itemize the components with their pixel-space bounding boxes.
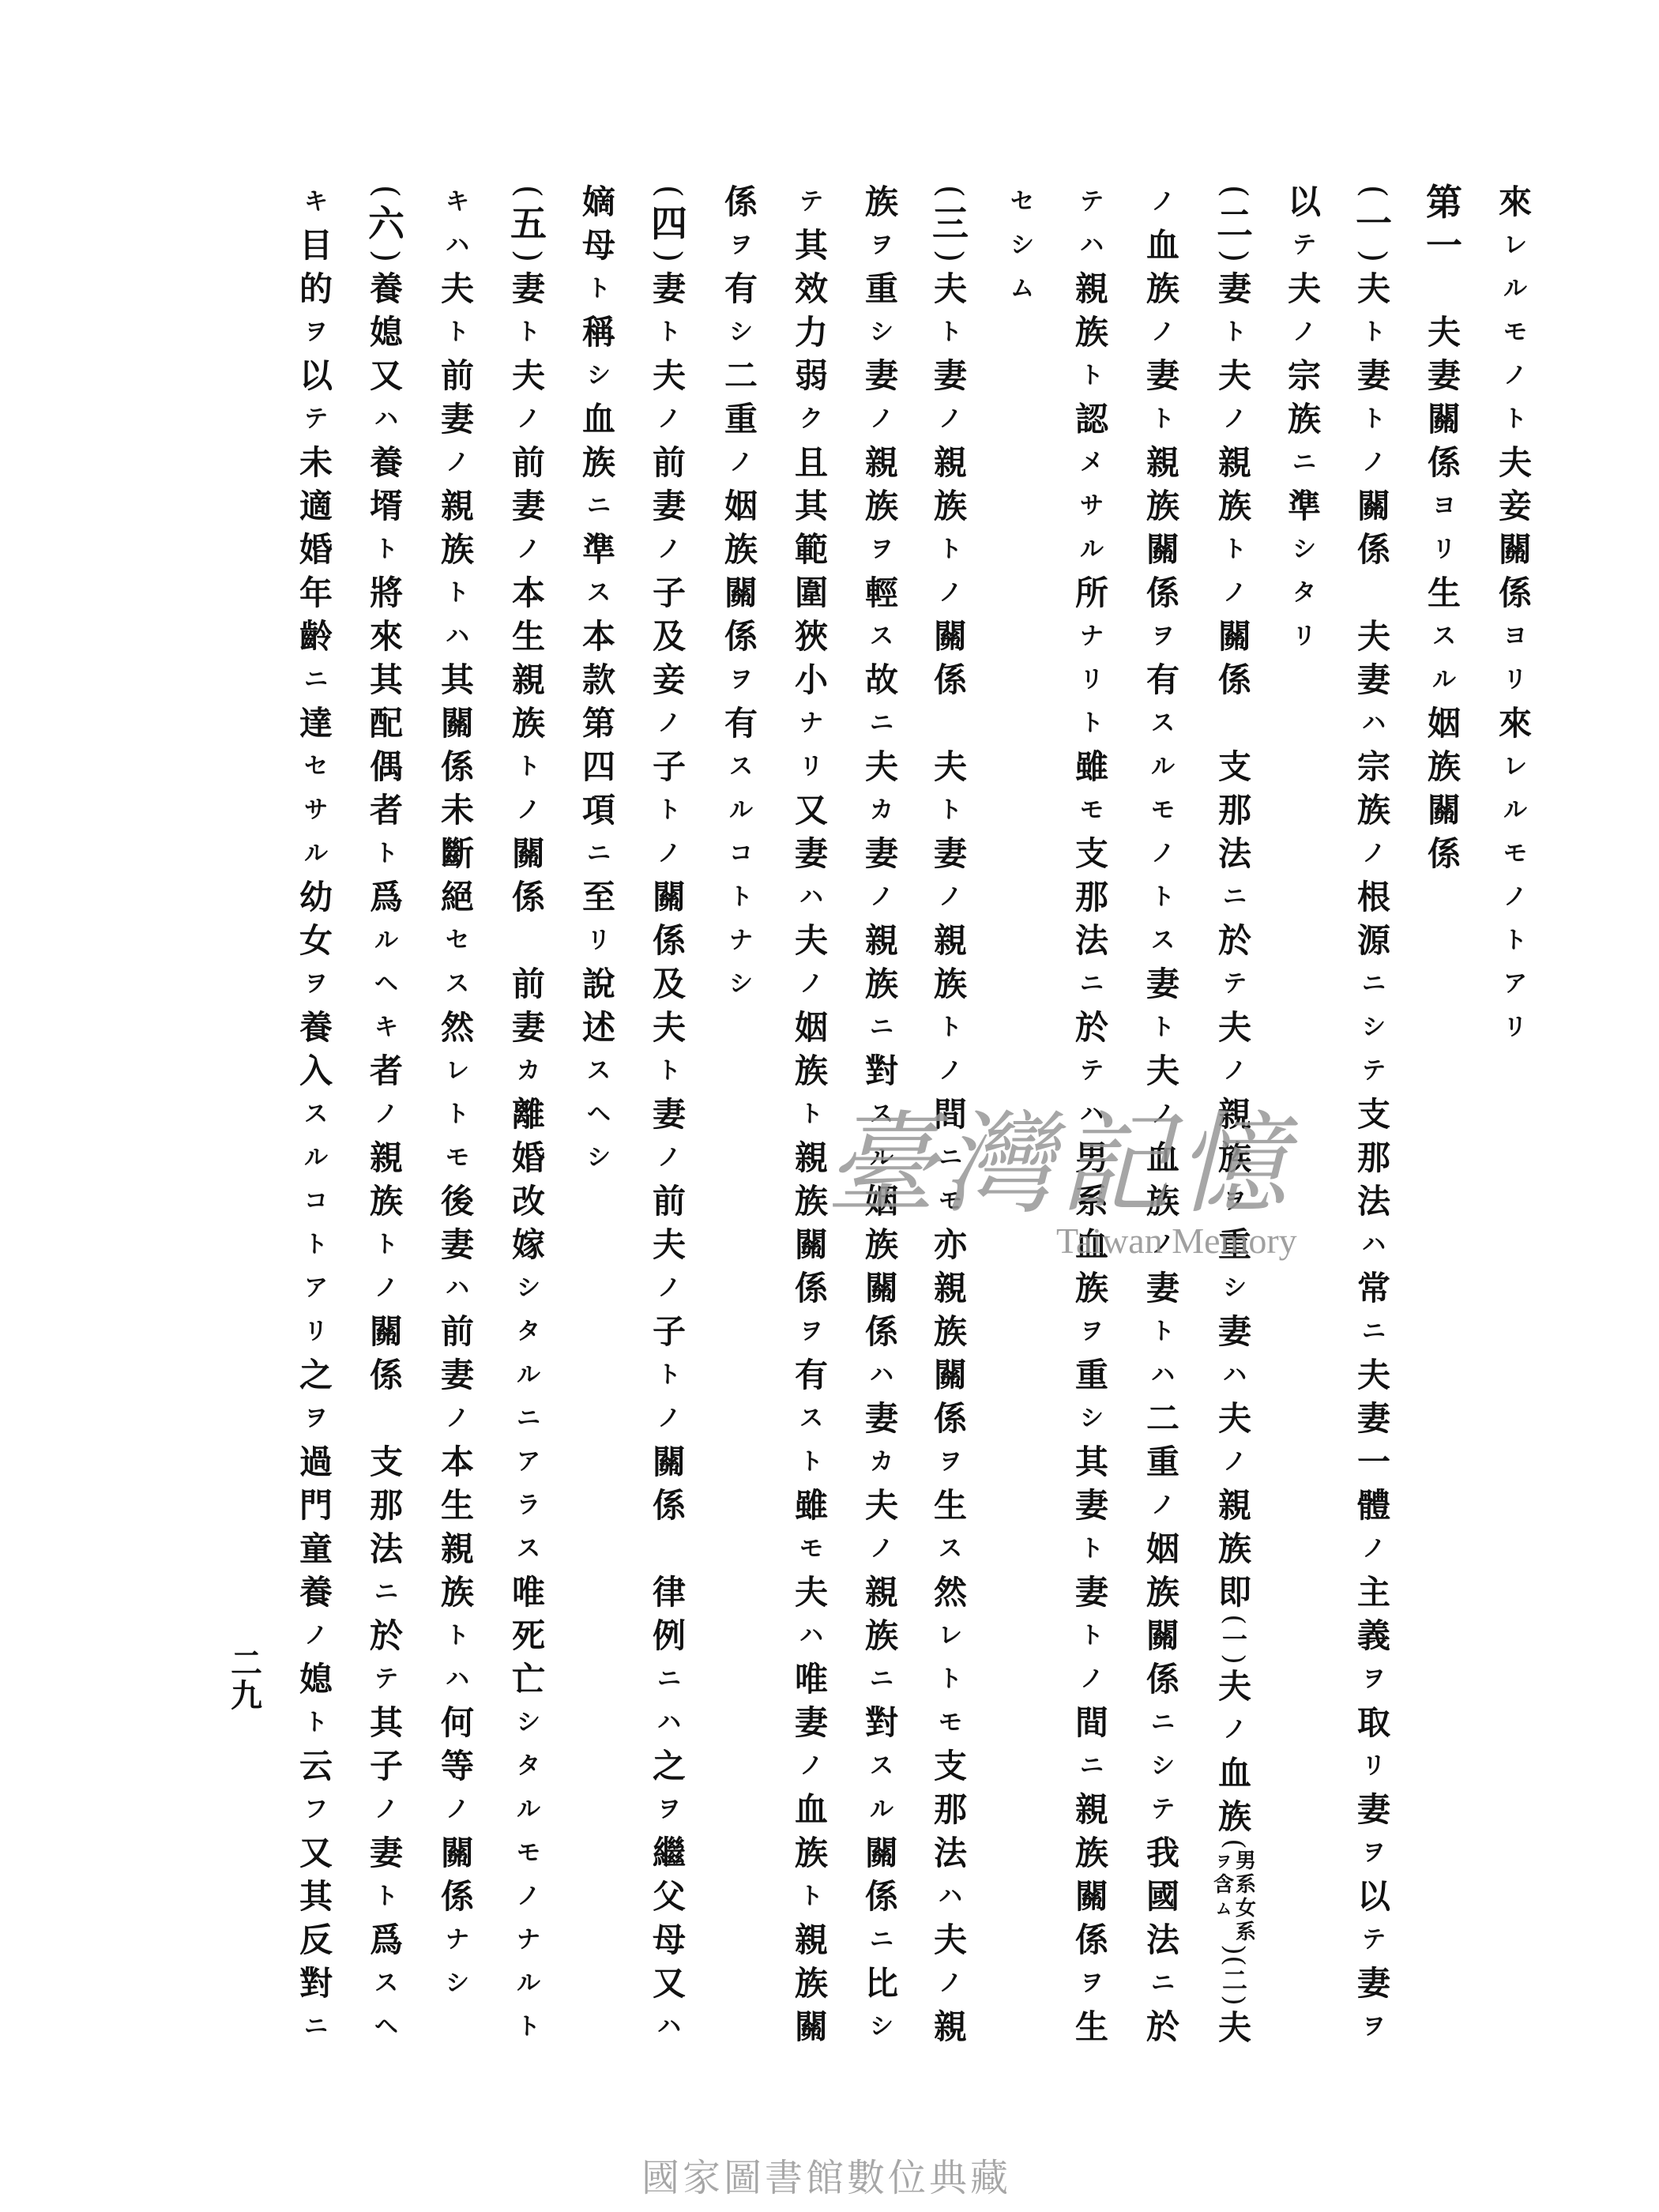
glyph: ト (505, 2005, 552, 2048)
glyph: 來 (1492, 180, 1539, 224)
body-text: 以テ夫ノ宗族ニ準シタリ (1281, 180, 1328, 658)
glyph: 的 (292, 267, 340, 310)
glyph: 妻 (505, 484, 552, 528)
glyph: 係 (1420, 832, 1468, 875)
glyph: ( (645, 180, 693, 202)
glyph: メ (1068, 441, 1115, 484)
glyph: 我 (1139, 1831, 1187, 1875)
glyph: 養 (292, 1571, 340, 1614)
glyph: テ (363, 1657, 410, 1701)
glyph: ニ (1281, 441, 1328, 484)
glyph: 姻 (788, 1006, 835, 1049)
glyph: 故 (858, 658, 905, 702)
glyph: 斷 (434, 832, 481, 875)
glyph: ノ (1139, 180, 1187, 224)
glyph: 親 (505, 658, 552, 702)
glyph: 之 (645, 1744, 693, 1788)
glyph: リ (1350, 1744, 1398, 1788)
glyph: 對 (858, 1701, 905, 1744)
glyph: 法 (1068, 919, 1115, 962)
glyph: 係 (1211, 658, 1258, 702)
body-text: 係ヲ有シ二重ノ姻族關係ヲ有スルコトナシ (717, 180, 765, 1006)
glyph: リ (1068, 658, 1115, 702)
body-text: 夫ノ血族 (1211, 1665, 1258, 1838)
inline-reference: (一) (1211, 1614, 1258, 1665)
glyph: 妻 (1350, 658, 1398, 702)
glyph: ノ (1350, 1527, 1398, 1571)
glyph: 間 (927, 1093, 974, 1136)
inline-reference: (二) (1211, 1955, 1258, 2006)
glyph: ル (363, 919, 410, 962)
glyph: ル (717, 788, 765, 832)
glyph: リ (575, 919, 623, 962)
glyph: ヲ (1350, 1831, 1398, 1875)
glyph: 妻 (927, 354, 974, 397)
glyph: 係 (434, 745, 481, 788)
glyph: ヲ (927, 1440, 974, 1484)
glyph: シ (858, 2005, 905, 2048)
body-text: 族ヲ重シ妻ノ親族ヲ輕ス故ニ夫カ妻ノ親族ニ對スル姻族關係ハ妻カ夫ノ親族ニ對スル關係… (858, 180, 905, 2048)
glyph: ト (645, 1049, 693, 1093)
glyph: 本 (505, 571, 552, 615)
section-label: (一) (1350, 180, 1398, 267)
glyph: ) (1211, 1995, 1258, 2006)
glyph: 夫 (505, 354, 552, 397)
section-label: (五) (505, 180, 552, 267)
glyph: 妻 (1139, 962, 1187, 1006)
glyph: 係 (858, 1310, 905, 1353)
glyph: テ (292, 397, 340, 441)
glyph: 媳 (292, 1657, 340, 1701)
glyph: ) (505, 246, 552, 268)
glyph: ハ (434, 224, 481, 267)
glyph: 關 (505, 832, 552, 875)
glyph: リ (292, 1310, 340, 1353)
glyph: 夫 (927, 1918, 974, 1962)
glyph: ト (1211, 310, 1258, 354)
glyph: ト (292, 1701, 340, 1744)
glyph: 本 (575, 615, 623, 658)
glyph: シ (575, 354, 623, 397)
glyph: モ (1068, 788, 1115, 832)
glyph: 夫 (1350, 1353, 1398, 1397)
glyph: 效 (788, 267, 835, 310)
glyph: ノ (1211, 1440, 1258, 1484)
glyph: 夫 (645, 354, 693, 397)
glyph: 支 (1350, 1093, 1398, 1136)
glyph: 親 (788, 1918, 835, 1962)
glyph: 族 (788, 1962, 835, 2005)
glyph: 族 (858, 180, 905, 224)
glyph: ハ (1350, 1223, 1398, 1266)
text-column-3: (一) 夫ト妻トノ關係 夫妻ハ宗族ノ根源ニシテ支那法ハ常ニ夫妻一體ノ主義ヲ取リ妻… (1350, 180, 1398, 2048)
glyph: ノ (788, 962, 835, 1006)
glyph: 親 (434, 1527, 481, 1571)
glyph: 族 (788, 1049, 835, 1093)
glyph: ス (292, 1093, 340, 1136)
glyph: 係 (1139, 1657, 1187, 1701)
glyph: 妻 (788, 832, 835, 875)
glyph: 前 (434, 354, 481, 397)
glyph: ヘ (363, 2005, 410, 2048)
glyph: 妻 (645, 484, 693, 528)
glyph: ノ (645, 1266, 693, 1310)
glyph: ノ (788, 1744, 835, 1788)
glyph: ス (434, 962, 481, 1006)
glyph: ル (858, 1788, 905, 1831)
glyph: 妻 (858, 832, 905, 875)
glyph: ト (363, 1223, 410, 1266)
glyph: 族 (788, 1179, 835, 1223)
glyph: 法 (927, 1831, 974, 1875)
glyph: モ (1492, 832, 1539, 875)
glyph: モ (927, 1701, 974, 1744)
glyph: ニ (575, 484, 623, 528)
glyph: ト (1139, 397, 1187, 441)
glyph: 族 (717, 528, 765, 571)
glyph: 絕 (434, 875, 481, 919)
glyph: 來 (1492, 702, 1539, 745)
glyph: 族 (1139, 1571, 1187, 1614)
glyph: ) (363, 246, 410, 268)
glyph: タ (1281, 571, 1328, 615)
glyph: 婚 (505, 1136, 552, 1179)
text-column-10: 族ヲ重シ妻ノ親族ヲ輕ス故ニ夫カ妻ノ親族ニ對スル姻族關係ハ妻カ夫ノ親族ニ對スル關係… (858, 180, 905, 2048)
glyph: 妻 (505, 1006, 552, 1049)
glyph: 後 (434, 1179, 481, 1223)
glyph: ) (1211, 1653, 1258, 1665)
glyph: 於 (1211, 919, 1258, 962)
glyph: ナ (434, 1918, 481, 1962)
glyph: ラ (505, 1484, 552, 1527)
glyph: 親 (788, 1136, 835, 1179)
glyph: シ (1068, 1397, 1115, 1440)
glyph: 姻 (858, 1179, 905, 1223)
glyph: ト (717, 875, 765, 919)
glyph: ナ (505, 1918, 552, 1962)
glyph: 族 (505, 702, 552, 745)
glyph: ヲ (292, 962, 340, 1006)
glyph: ニ (1350, 962, 1398, 1006)
glyph: シ (717, 962, 765, 1006)
glyph: ト (434, 1614, 481, 1657)
glyph: 主 (1350, 1571, 1398, 1614)
glyph: 妻 (434, 1223, 481, 1266)
glyph: 然 (434, 1006, 481, 1049)
glyph: ニ (858, 1657, 905, 1701)
glyph: 妻 (434, 1353, 481, 1397)
glyph: 準 (575, 528, 623, 571)
glyph: ト (1068, 1614, 1115, 1657)
glyph: ト (1139, 1310, 1187, 1353)
glyph: ハ (788, 1614, 835, 1657)
glyph: 未 (434, 788, 481, 832)
glyph: 等 (434, 1744, 481, 1788)
glyph: ノ (1211, 1708, 1258, 1751)
glyph: 夫 (434, 267, 481, 310)
glyph: ) (645, 246, 693, 268)
glyph: 款 (575, 658, 623, 702)
glyph: 有 (717, 267, 765, 310)
glyph: 族 (1139, 484, 1187, 528)
glyph: 親 (1068, 1788, 1115, 1831)
glyph: ヲ (1211, 1179, 1258, 1223)
glyph: 關 (645, 1440, 693, 1484)
glyph: 又 (292, 1831, 340, 1875)
glyph: ( (1350, 180, 1398, 202)
glyph: レ (927, 1614, 974, 1657)
glyph: ナ (1068, 615, 1115, 658)
glyph: ト (927, 528, 974, 571)
glyph: 妻 (1211, 1310, 1258, 1353)
glyph: ト (1211, 528, 1258, 571)
glyph: 族 (1068, 310, 1115, 354)
glyph: ノ (1139, 832, 1187, 875)
glyph: 係 (717, 615, 765, 658)
glyph: 準 (1281, 484, 1328, 528)
glyph: 嫡 (575, 180, 623, 224)
glyph: 述 (575, 1006, 623, 1049)
glyph: 齡 (292, 615, 340, 658)
glyph: 係 (717, 180, 765, 224)
glyph: ( (927, 180, 974, 202)
glyph: 輕 (858, 571, 905, 615)
section-label: (二) (1211, 180, 1258, 267)
glyph: 夫 (858, 1484, 905, 1527)
glyph: ト (645, 1353, 693, 1397)
glyph: 亦 (927, 1223, 974, 1266)
glyph: 又 (645, 1962, 693, 2005)
glyph: 有 (1139, 658, 1187, 702)
glyph: ヨ (1420, 484, 1468, 528)
glyph: ス (363, 1962, 410, 2005)
text-column-7: テハ親族ト認メサル所ナリト雖モ支那法ニ於テハ男系血族ヲ重シ其妻ト妻トノ間ニ親族關… (1068, 180, 1115, 2048)
glyph: ノ (363, 1788, 410, 1831)
glyph: ニ (1139, 1701, 1187, 1744)
body-text: キハ夫ト前妻ノ親族トハ其關係未斷絕セス然レトモ後妻ハ前妻ノ本生親族トハ何等ノ關係… (434, 180, 481, 2005)
glyph: ト (1492, 397, 1539, 441)
section-heading: 妻ト夫ノ親族トノ關係 (1211, 267, 1258, 702)
glyph: 妻 (1139, 354, 1187, 397)
glyph: ニ (858, 1006, 905, 1049)
glyph: ト (788, 1875, 835, 1918)
glyph: 親 (434, 484, 481, 528)
glyph: 其 (788, 224, 835, 267)
glyph: 前 (505, 441, 552, 484)
glyph: 間 (1068, 1701, 1115, 1744)
glyph: ル (292, 1136, 340, 1179)
glyph: ヲ (1350, 2005, 1398, 2048)
glyph: 重 (1211, 1223, 1258, 1266)
glyph: 於 (1068, 1006, 1115, 1049)
glyph: ) (1350, 246, 1398, 268)
glyph: 族 (1068, 1266, 1115, 1310)
glyph: 夫 (927, 745, 974, 788)
glyph: 親 (1211, 1093, 1258, 1136)
glyph: 關 (717, 571, 765, 615)
text-column-9: (三) 夫ト妻ノ親族トノ關係 夫ト妻ノ親族トノ間ニモ亦親族關係ヲ生ス然レトモ支那… (927, 180, 974, 2048)
glyph: ト (927, 310, 974, 354)
glyph: 本 (434, 1440, 481, 1484)
glyph: 係 (1068, 1918, 1115, 1962)
glyph: ア (505, 1440, 552, 1484)
glyph: 那 (1211, 788, 1258, 832)
glyph: 女 (292, 919, 340, 962)
glyph: 二 (1139, 1397, 1187, 1440)
glyph: 妻 (363, 1831, 410, 1875)
glyph: 於 (1139, 2005, 1187, 2048)
glyph: ( (363, 180, 410, 202)
glyph: ハ (1068, 224, 1115, 267)
section-label: (三) (927, 180, 974, 267)
glyph: ト (788, 1093, 835, 1136)
glyph: 前 (645, 441, 693, 484)
glyph: 其 (292, 1875, 340, 1918)
glyph: ス (1139, 702, 1187, 745)
glyph: 者 (363, 1049, 410, 1093)
glyph: 二 (223, 1647, 270, 1680)
glyph: 夫 (1492, 441, 1539, 484)
glyph: 四 (575, 745, 623, 788)
glyph: キ (363, 1006, 410, 1049)
glyph: 關 (858, 1266, 905, 1310)
glyph: ト (434, 571, 481, 615)
glyph: 族 (1281, 397, 1328, 441)
text-column-18: キ目的ヲ以テ未適婚年齡ニ達セサル幼女ヲ養入スルコトアリ之ヲ過門童養ノ媳ト云フ又其… (292, 180, 340, 2048)
glyph: ト (927, 788, 974, 832)
glyph: 範 (788, 528, 835, 571)
glyph: 夫 (788, 919, 835, 962)
glyph: ノ (1139, 1223, 1187, 1266)
glyph: ノ (1281, 310, 1328, 354)
body-text: 夫妻ハ宗族ノ根源ニシテ支那法ハ常ニ夫妻一體ノ主義ヲ取リ妻ヲ以テ妻ヲ (1350, 615, 1398, 2048)
glyph: 力 (788, 310, 835, 354)
glyph: 親 (858, 1571, 905, 1614)
glyph: 媳 (363, 310, 410, 354)
glyph: 即 (1211, 1571, 1258, 1614)
glyph: 族 (1211, 1136, 1258, 1179)
glyph: ニ (1211, 875, 1258, 919)
glyph: 親 (927, 2005, 974, 2048)
glyph: 係 (1492, 571, 1539, 615)
glyph: ニ (645, 1657, 693, 1701)
glyph: 妻 (858, 354, 905, 397)
glyph: シ (575, 1136, 623, 1179)
glyph: 又 (363, 354, 410, 397)
glyph: ト (1068, 354, 1115, 397)
glyph: 法 (1211, 832, 1258, 875)
glyph: 五 (505, 202, 552, 246)
glyph: 血 (1068, 1223, 1115, 1266)
glyph: 至 (575, 875, 623, 919)
glyph: 支 (1211, 745, 1258, 788)
glyph: 反 (292, 1918, 340, 1962)
glyph: 關 (1420, 397, 1468, 441)
glyph: 者 (363, 788, 410, 832)
glyph: 關 (1350, 484, 1398, 528)
glyph: 係 (1420, 441, 1468, 484)
glyph: 關 (1420, 788, 1468, 832)
glyph: 弱 (788, 354, 835, 397)
glyph: 夫 (1420, 310, 1468, 354)
glyph: ト (1068, 702, 1115, 745)
glyph: 項 (575, 788, 623, 832)
glyph: ヲ (858, 224, 905, 267)
glyph: 妻 (505, 267, 552, 310)
glyph: ハ (788, 875, 835, 919)
glyph: 前 (645, 1179, 693, 1223)
glyph: 重 (717, 397, 765, 441)
glyph: 支 (927, 1744, 974, 1788)
glyph: 族 (858, 1614, 905, 1657)
glyph: 族 (1211, 484, 1258, 528)
glyph: ヲ (292, 1397, 340, 1440)
glyph: 第 (1420, 180, 1468, 224)
glyph: 姻 (717, 484, 765, 528)
body-text: 來レルモノト夫妾關係ヨリ來レルモノトアリ (1492, 180, 1539, 1049)
text-column-13: (四) 妻ト夫ノ前妻ノ子及妾ノ子トノ關係及夫ト妻ノ前夫ノ子トノ關係 律例ニハ之ヲ… (645, 180, 693, 2048)
glyph: 四 (645, 202, 693, 246)
glyph: 夫 (1211, 354, 1258, 397)
glyph: ノ (505, 1875, 552, 1918)
glyph: 族 (927, 1310, 974, 1353)
glyph: 血 (1211, 1751, 1258, 1795)
glyph: ニ (292, 658, 340, 702)
glyph: 法 (1350, 1179, 1398, 1223)
glyph: 一 (1350, 202, 1398, 246)
glyph: ノ (858, 875, 905, 919)
glyph: ) (1211, 1944, 1258, 1955)
glyph: 父 (645, 1875, 693, 1918)
body-text: 夫 (1211, 2006, 1258, 2049)
glyph: ( (1211, 1614, 1258, 1625)
glyph: 以 (292, 354, 340, 397)
glyph: 前 (505, 962, 552, 1006)
glyph: 關 (1068, 1875, 1115, 1918)
glyph: シ (999, 224, 1046, 267)
glyph: 對 (858, 1049, 905, 1093)
glyph: 其 (1068, 1440, 1115, 1484)
glyph: ノ (434, 1397, 481, 1440)
glyph: ル (292, 832, 340, 875)
glyph: セ (292, 745, 340, 788)
glyph: 於 (363, 1614, 410, 1657)
glyph: ハ (1139, 1353, 1187, 1397)
glyph: 係 (1350, 528, 1398, 571)
glyph: 妻 (858, 1397, 905, 1440)
glyph: 妻 (788, 1701, 835, 1744)
glyph: 及 (645, 962, 693, 1006)
glyph: 配 (363, 702, 410, 745)
glyph: ス (927, 1527, 974, 1571)
glyph: 那 (927, 1788, 974, 1831)
glyph: 族 (434, 1571, 481, 1614)
glyph: ヲ (1068, 1310, 1115, 1353)
glyph: 年 (292, 571, 340, 615)
glyph: 云 (292, 1744, 340, 1788)
section-label: (六) (363, 180, 410, 267)
glyph: 夫 (788, 1571, 835, 1614)
glyph: 姻 (1139, 1527, 1187, 1571)
glyph: フ (292, 1788, 340, 1831)
glyph: ハ (927, 1875, 974, 1918)
glyph: 目 (292, 224, 340, 267)
section-heading: 夫ト妻ノ親族トノ關係 (927, 267, 974, 702)
glyph: モ (1492, 310, 1539, 354)
text-column-17: (六) 養媳又ハ養壻ト將來其配偶者ト爲ルヘキ者ノ親族トノ關係 支那法ニ於テ其子ノ… (363, 180, 410, 2048)
glyph: モ (505, 1831, 552, 1875)
text-column-15: (五) 妻ト夫ノ前妻ノ本生親族トノ關係 前妻カ離婚改嫁シタルニアラス唯死亡シタル… (505, 180, 552, 2048)
